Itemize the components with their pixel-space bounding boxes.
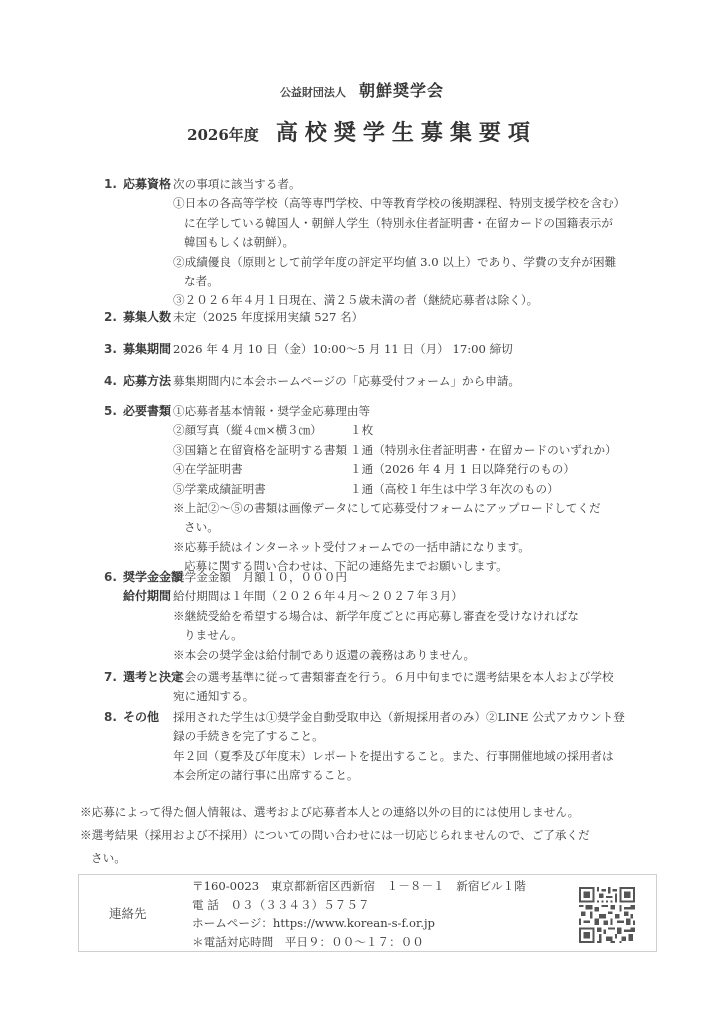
section-label: 募集人数 (123, 308, 171, 327)
note-line: さい。 (173, 518, 703, 537)
document-name: ③国籍と在留資格を証明する書類 (173, 441, 350, 460)
body-line: 年２回（夏季及び年度末）レポートを提出すること。また、行事開催地域の採用者は (173, 747, 683, 766)
contact-details: 〒160-0023 東京都新宿区西新宿 １－８－１ 新宿ビル１階 電 話 ０３（… (192, 877, 526, 951)
body-line: 次の事項に該当する者。 (173, 175, 683, 194)
document-quantity: １枚 (350, 421, 373, 440)
section-number: 4. (104, 374, 117, 388)
contact-hours: ＊電話対応時間 平日９：００～１７：００ (192, 933, 526, 952)
body-line: ※継続受給を希望する場合は、新学年度ごとに再応募し審査を受けなければな (173, 607, 683, 626)
body-line: 宛に通知する。 (173, 687, 683, 706)
title-year: 2026年度 (187, 126, 259, 144)
section-number: 7. (104, 670, 117, 684)
section-body: ①応募者基本情報・奨学金応募理由等 ②顔写真（縦４㎝×横３㎝）１枚 ③国籍と在留… (173, 402, 703, 577)
body-line: ②成績優良（原則として前学年度の評定平均値 3.0 以上）であり、学費の支弁が困… (173, 253, 683, 272)
section-label: 募集期間 (123, 340, 171, 359)
body-line: ①日本の各高等学校（高等専門学校、中等教育学校の後期課程、特別支援学校を含む） (173, 194, 683, 213)
section-label: 応募方法 (123, 372, 171, 391)
body-line: 奨学金金額 月額１０，０００円 (173, 568, 683, 587)
document-quantity: １通（2026 年 4 月 1 日以降発行のもの） (350, 460, 575, 479)
document-name: ①応募者基本情報・奨学金応募理由等 (173, 404, 370, 418)
contact-label: 連絡先 (109, 904, 147, 922)
document-name: ⑤学業成績証明書 (173, 480, 350, 499)
document-row: ⑤学業成績証明書１通（高校１年生は中学３年次のもの） (173, 480, 703, 499)
section-body: 奨学金金額 月額１０，０００円 給付期間は１年間（２０２６年４月～２０２７年３月… (173, 568, 683, 665)
body-line: 未定（2025 年度採用実績 527 名） (173, 308, 683, 327)
body-line: 募集期間内に本会ホームページの「応募受付フォーム」から申請。 (173, 372, 683, 391)
organization-header: 公益財団法人 朝鮮奨学会 (0, 78, 724, 101)
body-line: に在学している韓国人・朝鮮人学生（特別永住者証明書・在留カードの国籍表示が (173, 214, 683, 233)
section-number: 6. (104, 570, 117, 584)
body-line: 給付期間は１年間（２０２６年４月～２０２７年３月） (173, 587, 683, 606)
note-line: ※応募手続はインターネット受付フォームでの一括申請になります。 (173, 538, 703, 557)
body-line: 録の手続きを完了すること。 (173, 727, 683, 746)
section-label: その他 (123, 708, 159, 727)
document-quantity: １通（高校１年生は中学３年次のもの） (350, 480, 559, 499)
body-line: りません。 (173, 626, 683, 645)
body-line: 2026 年 4 月 10 日（金）10:00～5 月 11 日（月） 17:0… (173, 340, 683, 359)
body-line: な者。 (173, 272, 683, 291)
section-number: 2. (104, 310, 117, 324)
document-name: ④在学証明書 (173, 460, 350, 479)
body-line: ※本会の奨学金は給付制であり返還の義務はありません。 (173, 646, 683, 665)
contact-phone: 電 話 ０３（３３４３）５７５７ (192, 896, 526, 915)
footnote-line: さい。 (80, 847, 700, 870)
body-line: 本会所定の諸行事に出席すること。 (173, 766, 683, 785)
body-line: 採用された学生は①奨学金自動受取申込（新規採用者のみ）②LINE 公式アカウント… (173, 708, 683, 727)
section-body: 未定（2025 年度採用実績 527 名） (173, 308, 683, 327)
footnote-line: ※選考結果（採用および不採用）についての問い合わせには一切応じられませんので、ご… (80, 824, 700, 847)
note-line: ※上記②～⑤の書類は画像データにして応募受付フォームにアップロードしてくだ (173, 499, 703, 518)
section-body: 本会の選考基準に従って書類審査を行う。６月中旬までに選考結果を本人および学校 宛… (173, 668, 683, 707)
section-label-secondary: 給付期間 (123, 587, 171, 606)
org-name: 朝鮮奨学会 (359, 81, 444, 100)
section-label: 応募資格 (123, 175, 171, 194)
document-quantity: １通（特別永住者証明書・在留カードのいずれか） (350, 441, 617, 460)
document-row: ①応募者基本情報・奨学金応募理由等 (173, 402, 703, 421)
section-body: 2026 年 4 月 10 日（金）10:00～5 月 11 日（月） 17:0… (173, 340, 683, 359)
document-name: ②顔写真（縦４㎝×横３㎝） (173, 421, 350, 440)
qr-code-icon[interactable] (579, 887, 635, 943)
body-line: 韓国もしくは朝鮮）。 (173, 233, 683, 252)
org-prefix: 公益財団法人 (280, 86, 346, 99)
document-row: ③国籍と在留資格を証明する書類１通（特別永住者証明書・在留カードのいずれか） (173, 441, 703, 460)
footnote-line: ※応募によって得た個人情報は、選考および応募者本人との連絡以外の目的には使用しま… (80, 801, 700, 824)
section-body: 次の事項に該当する者。 ①日本の各高等学校（高等専門学校、中等教育学校の後期課程… (173, 175, 683, 311)
section-number: 5. (104, 404, 117, 418)
title-main: 高校奨学生募集要項 (276, 120, 537, 146)
contact-address: 〒160-0023 東京都新宿区西新宿 １－８－１ 新宿ビル１階 (192, 877, 526, 896)
document-row: ②顔写真（縦４㎝×横３㎝）１枚 (173, 421, 703, 440)
document-title: 2026年度 高校奨学生募集要項 (0, 116, 724, 147)
footnotes: ※応募によって得た個人情報は、選考および応募者本人との連絡以外の目的には使用しま… (80, 801, 700, 870)
section-number: 3. (104, 342, 117, 356)
contact-homepage[interactable]: ホームページ：https://www.korean-s-f.or.jp (192, 914, 526, 933)
section-body: 採用された学生は①奨学金自動受取申込（新規採用者のみ）②LINE 公式アカウント… (173, 708, 683, 786)
section-body: 募集期間内に本会ホームページの「応募受付フォーム」から申請。 (173, 372, 683, 391)
section-number: 1. (104, 177, 117, 191)
body-line: 本会の選考基準に従って書類審査を行う。６月中旬までに選考結果を本人および学校 (173, 668, 683, 687)
contact-box: 連絡先 〒160-0023 東京都新宿区西新宿 １－８－１ 新宿ビル１階 電 話… (78, 874, 657, 952)
section-label: 必要書類 (123, 402, 171, 421)
document-row: ④在学証明書１通（2026 年 4 月 1 日以降発行のもの） (173, 460, 703, 479)
section-number: 8. (104, 710, 117, 724)
